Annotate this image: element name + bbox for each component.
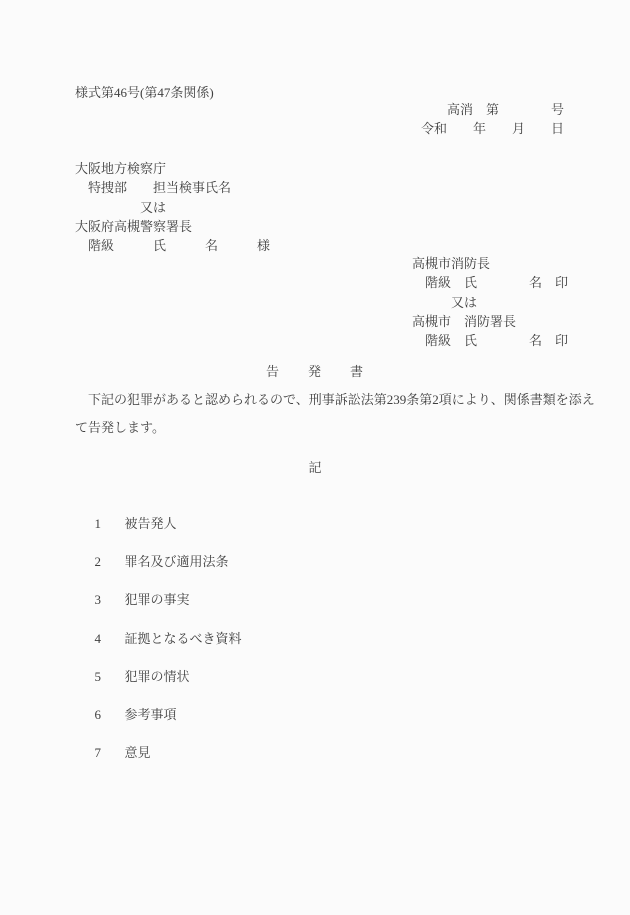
list-item: 3犯罪の事実 xyxy=(75,576,575,614)
document-title: 告 発 書 xyxy=(0,363,630,380)
list-item: 2罪名及び適用法条 xyxy=(75,538,575,576)
item-label: 参考事項 xyxy=(125,707,177,722)
body-line: 下記の犯罪があると認められるので、刑事訴訟法第239条第2項により、関係書類を添… xyxy=(75,386,575,414)
date-line: 令和 年 月 日 xyxy=(421,119,564,138)
addressee-line: 特捜部 担当検事氏名 xyxy=(75,178,270,197)
document-number-block: 高消 第 号 令和 年 月 日 xyxy=(421,100,564,139)
addressee-line: 大阪地方検察庁 xyxy=(75,159,270,178)
body-line: て告発します。 xyxy=(75,414,575,442)
sender-block: 高槻市消防長 階級 氏 名 印 又は 高槻市 消防署長 階級 氏 名 印 xyxy=(412,254,568,350)
document-number-line: 高消 第 号 xyxy=(421,100,564,119)
item-label: 被告発人 xyxy=(125,516,177,531)
list-item: 1被告発人 xyxy=(75,500,575,538)
body-paragraph: 下記の犯罪があると認められるので、刑事訴訟法第239条第2項により、関係書類を添… xyxy=(75,386,575,441)
list-item: 5犯罪の情状 xyxy=(75,653,575,691)
item-label: 罪名及び適用法条 xyxy=(125,554,229,569)
addressee-line: 大阪府高槻警察署長 xyxy=(75,217,270,236)
item-number: 7 xyxy=(95,745,125,761)
item-label: 犯罪の事実 xyxy=(125,592,190,607)
item-label: 意見 xyxy=(125,745,151,760)
item-number: 2 xyxy=(95,554,125,570)
item-number: 4 xyxy=(95,631,125,647)
addressee-block: 大阪地方検察庁 特捜部 担当検事氏名 又は 大阪府高槻警察署長 階級 氏 名 様 xyxy=(75,159,270,255)
item-number: 6 xyxy=(95,707,125,723)
item-number: 1 xyxy=(95,516,125,532)
list-item: 4証拠となるべき資料 xyxy=(75,615,575,653)
list-item: 6参考事項 xyxy=(75,691,575,729)
form-number: 様式第46号(第47条関係) xyxy=(75,85,214,101)
list-heading: 記 xyxy=(0,459,630,476)
accusation-form-page: 様式第46号(第47条関係) 高消 第 号 令和 年 月 日 大阪地方検察庁 特… xyxy=(0,0,630,915)
sender-line: 階級 氏 名 印 xyxy=(412,273,568,292)
sender-line: 高槻市 消防署長 xyxy=(412,312,568,331)
item-number: 5 xyxy=(95,669,125,685)
sender-line: 階級 氏 名 印 xyxy=(412,331,568,350)
addressee-line: 階級 氏 名 様 xyxy=(75,236,270,255)
sender-line: 又は xyxy=(412,293,568,312)
item-label: 犯罪の情状 xyxy=(125,669,190,684)
sender-line: 高槻市消防長 xyxy=(412,254,568,273)
addressee-line: 又は xyxy=(75,198,270,217)
item-number: 3 xyxy=(95,592,125,608)
list-item: 7意見 xyxy=(75,729,575,767)
numbered-list: 1被告発人 2罪名及び適用法条 3犯罪の事実 4証拠となるべき資料 5犯罪の情状… xyxy=(75,500,575,767)
item-label: 証拠となるべき資料 xyxy=(125,631,242,646)
